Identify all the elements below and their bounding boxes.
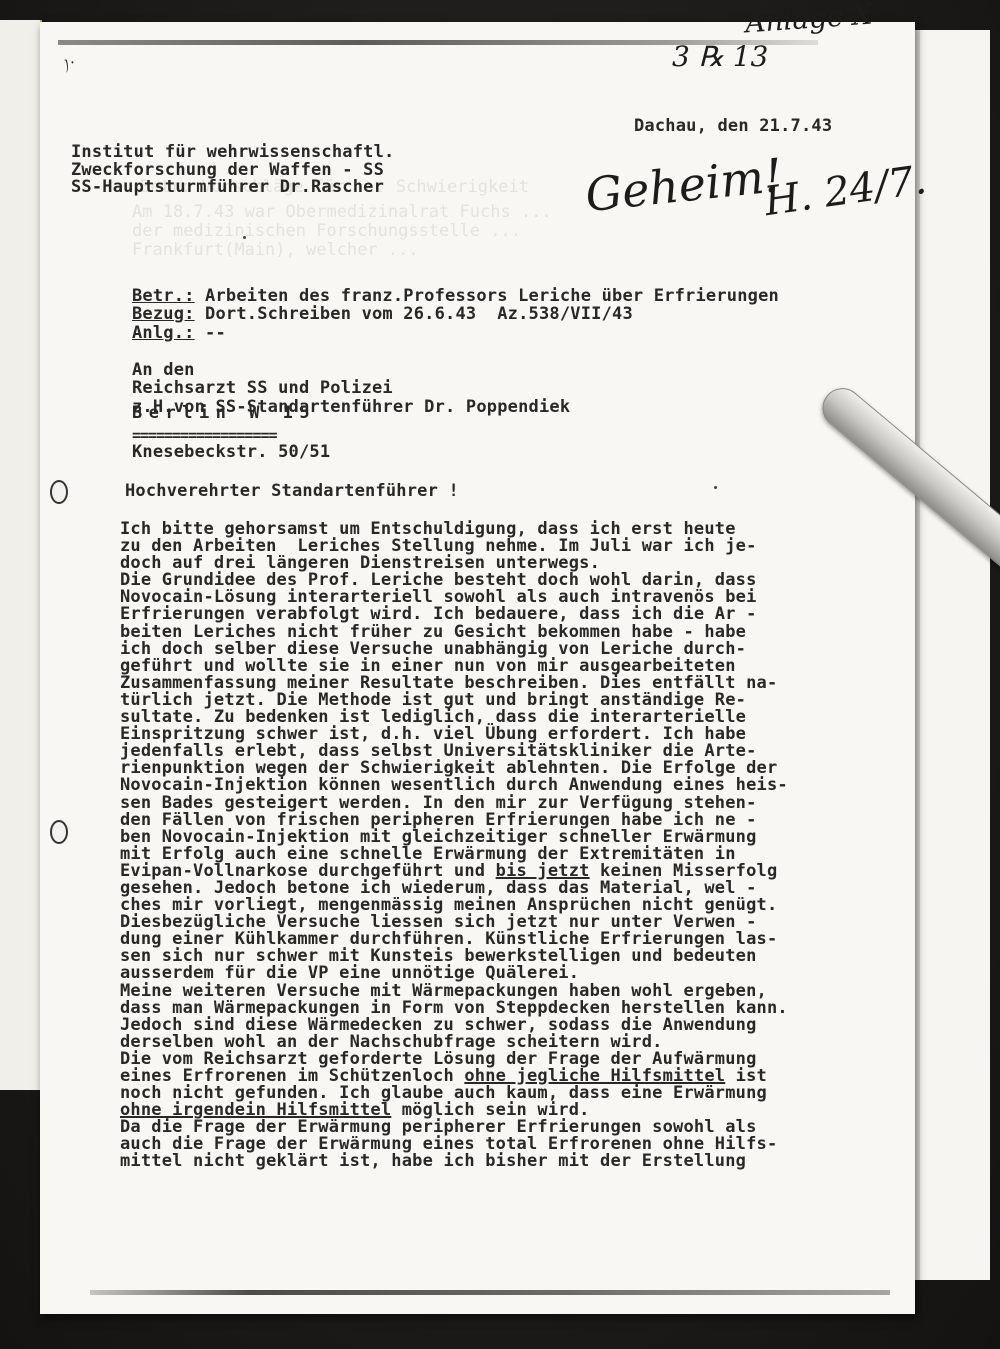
reference-label: Bezug: — [132, 304, 195, 324]
salutation: Hochverehrter Standartenführer ! — [125, 483, 459, 500]
reference-label: Anlg.: — [132, 323, 195, 343]
reference-line: Betr.: Arbeiten des franz.Professors Ler… — [132, 287, 779, 306]
reference-line: Anlg.: -- — [132, 324, 779, 343]
reference-label: Betr.: — [132, 286, 195, 306]
sender-block: Institut für wehrwissenschaftl.Zweckfors… — [71, 127, 394, 213]
sender-line: Institut für wehrwissenschaftl. — [71, 144, 394, 161]
letter-body: Ich bitte gehorsamst um Entschuldigung, … — [120, 521, 788, 1171]
recipient-line: An den — [132, 361, 570, 380]
bleed-through-text: der medizinischen Forschungsstelle ... — [132, 222, 521, 241]
recipient-city: Berlin W 15 — [132, 405, 316, 422]
bleed-through-text: Frankfurt(Main), welcher ... — [132, 241, 419, 260]
reference-text: Arbeiten des franz.Professors Leriche üb… — [195, 286, 779, 306]
previous-page-edge — [0, 20, 42, 1090]
body-line: mittel nicht geklärt ist, habe ich bishe… — [120, 1153, 788, 1170]
place-date: Dachau, den 21.7.43 — [634, 118, 832, 135]
sender-line: SS-Hauptsturmführer Dr.Rascher — [71, 179, 394, 196]
punch-hole-lower — [50, 820, 68, 844]
reference-line: Bezug: Dort.Schreiben vom 26.6.43 Az.538… — [132, 305, 779, 324]
reference-text: Dort.Schreiben vom 26.6.43 Az.538/VII/43 — [195, 304, 633, 324]
speck — [243, 236, 246, 239]
punch-hole-upper — [50, 480, 68, 504]
body-text: mittel nicht geklärt ist, habe ich bishe… — [120, 1151, 746, 1171]
recipient-street: Knesebeckstr. 50/51 — [132, 444, 330, 461]
stacked-pages-edge — [912, 30, 990, 1280]
bottom-rule — [90, 1290, 890, 1295]
recipient-line: Reichsarzt SS und Polizei — [132, 379, 570, 398]
reference-text: -- — [195, 323, 226, 343]
handwritten-reference: 3 ℞ 13 — [672, 40, 768, 73]
speck — [714, 486, 717, 489]
